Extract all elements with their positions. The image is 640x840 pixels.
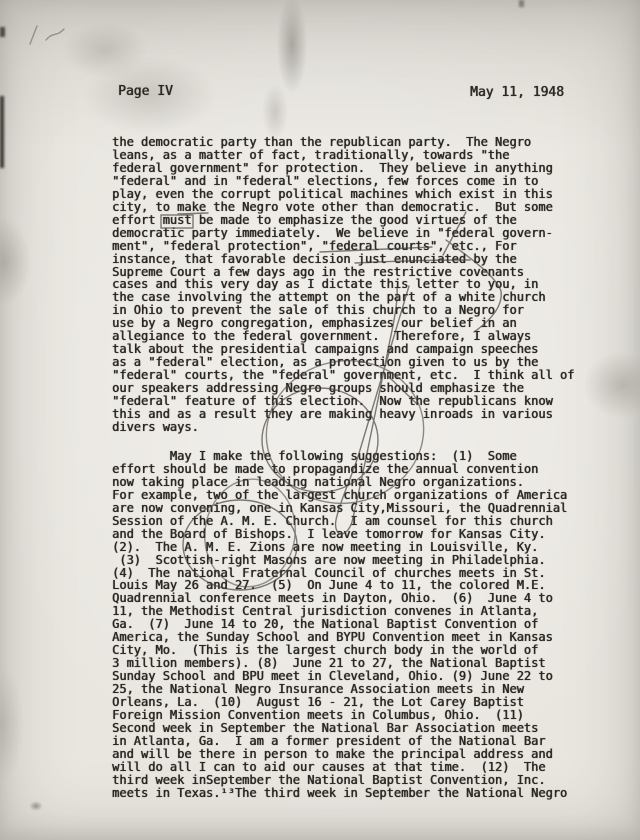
scan-edge-mark bbox=[0, 96, 4, 168]
scan-edge-mark bbox=[0, 27, 5, 37]
letter-body: the democratic party than the republican… bbox=[112, 136, 602, 800]
date-label: May 11, 1948 bbox=[470, 85, 564, 100]
body-paragraph-2: May I make the following suggestions: (1… bbox=[112, 450, 602, 800]
body-paragraph-1: the democratic party than the republican… bbox=[112, 136, 602, 434]
page-number-label: Page IV bbox=[118, 84, 173, 99]
scanned-letter-page: Page IV May 11, 1948 the democratic part… bbox=[0, 0, 640, 840]
scan-edge-mark bbox=[519, 0, 524, 7]
